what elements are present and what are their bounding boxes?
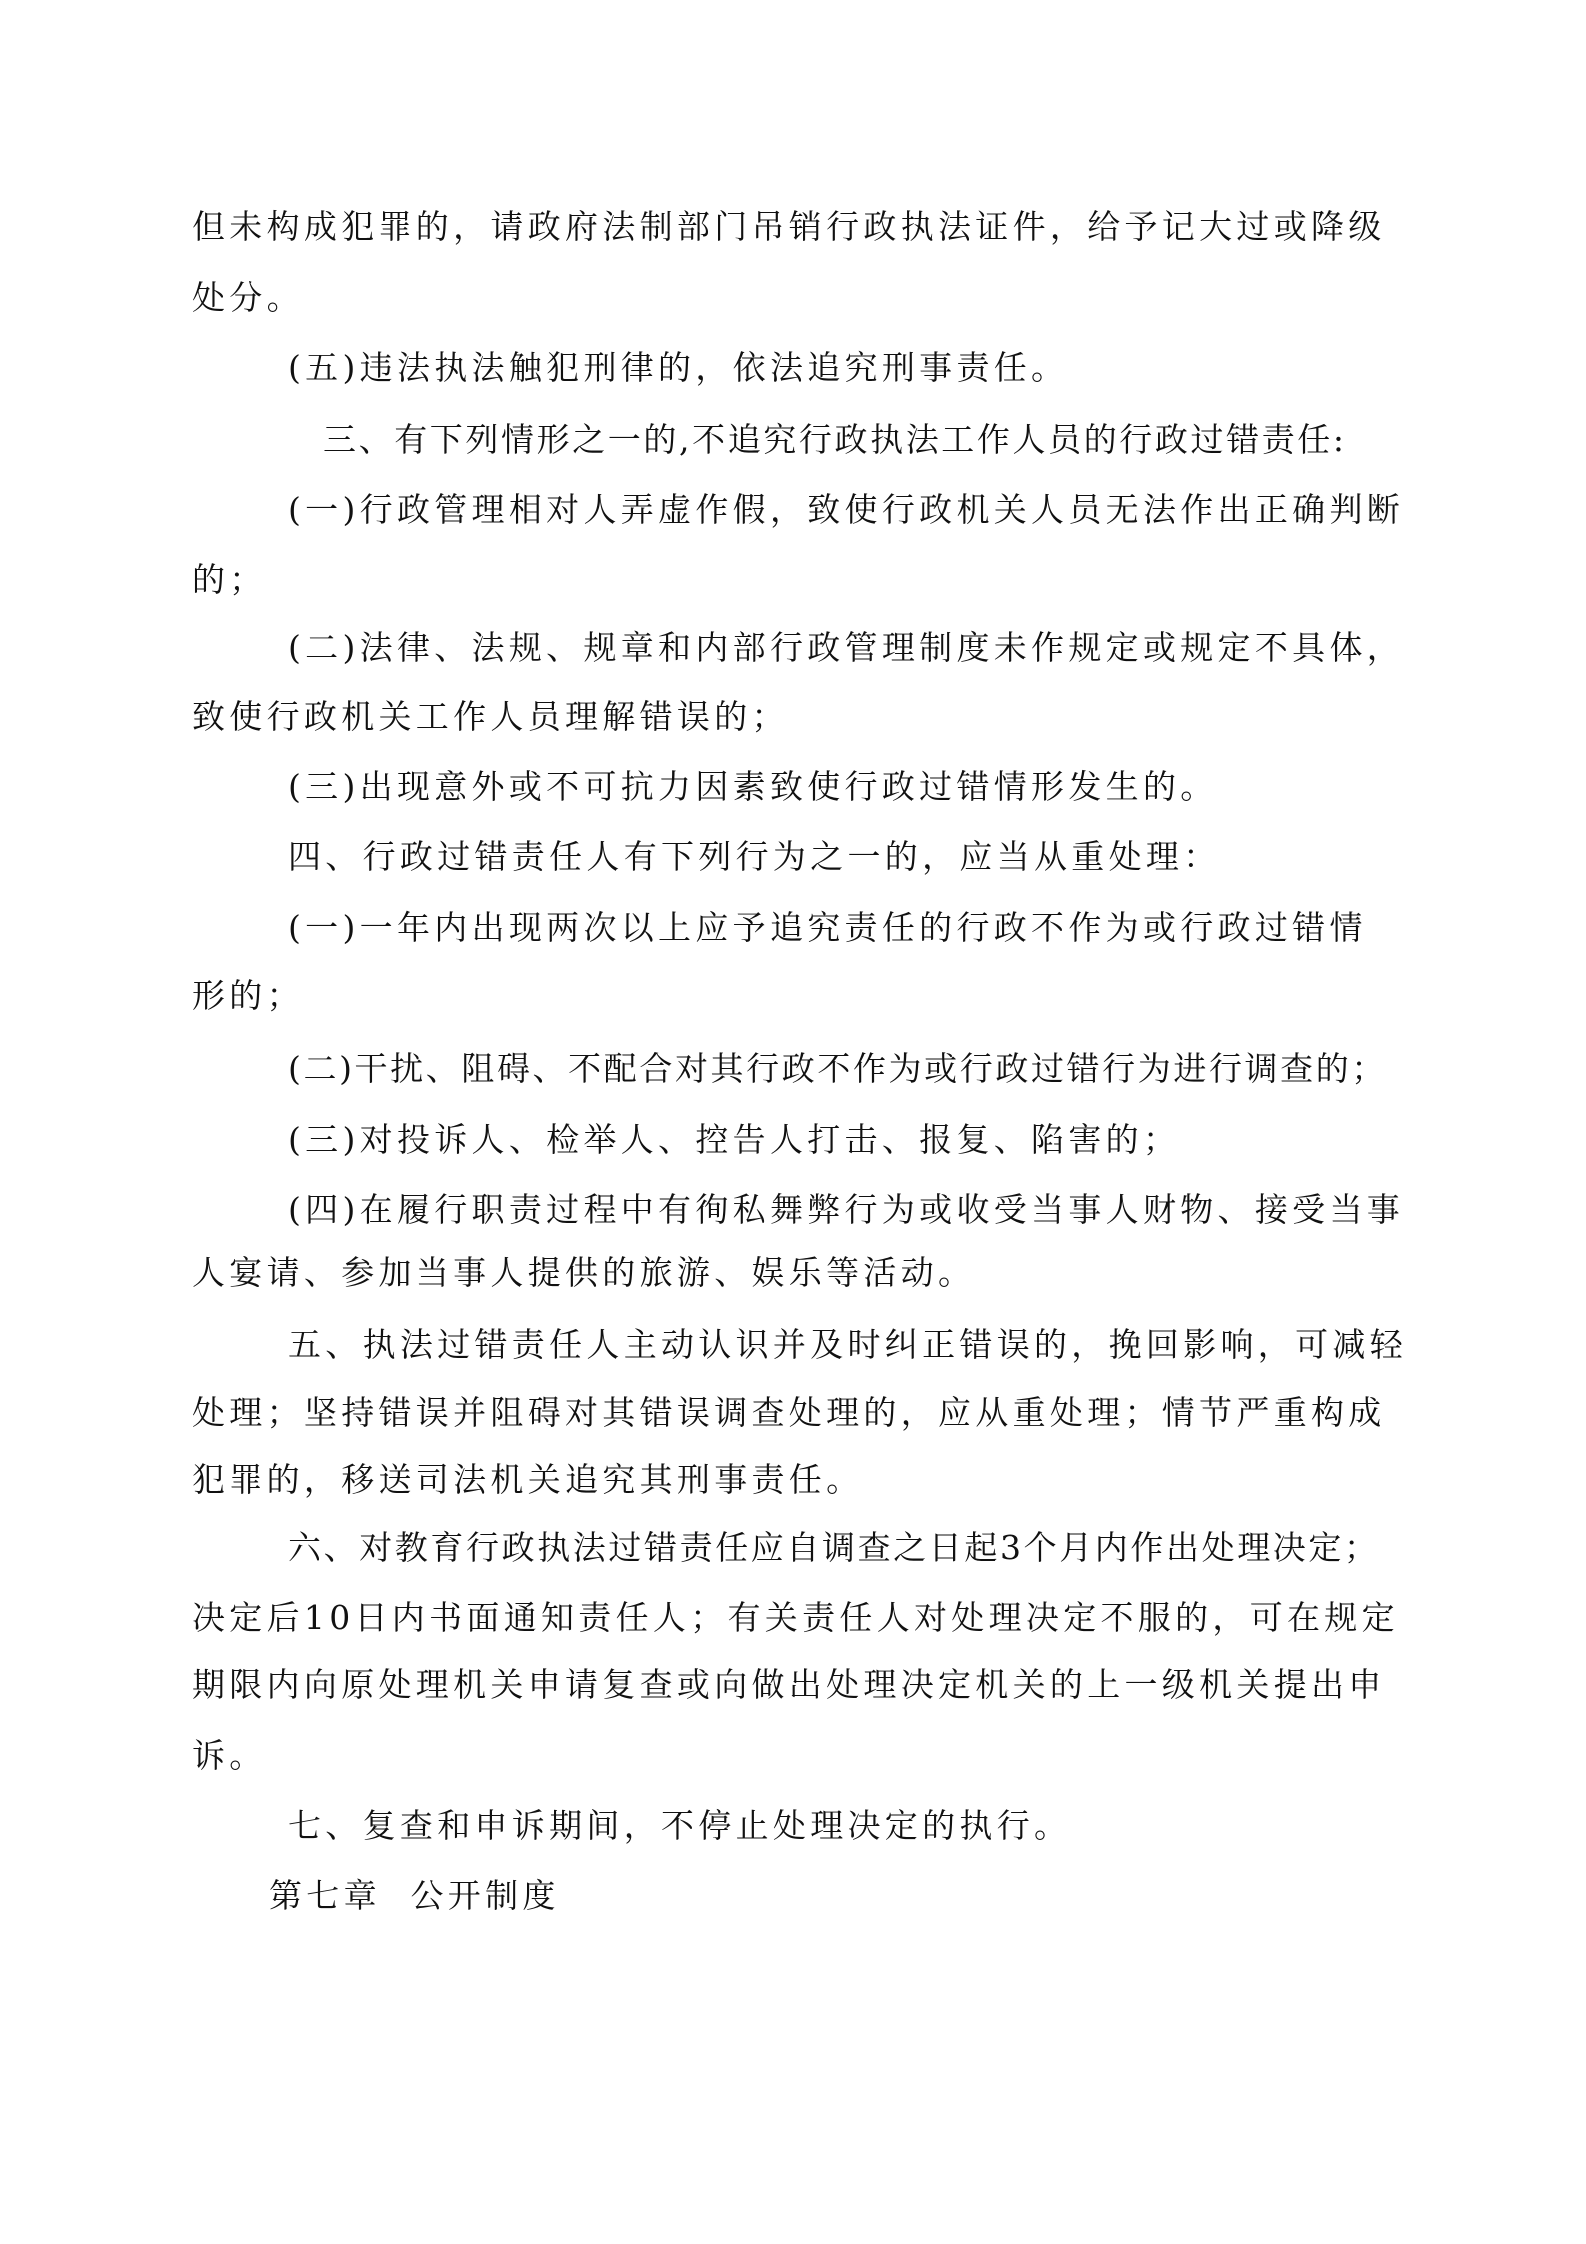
paragraph-line: 处分。 — [192, 278, 304, 318]
paragraph-line: (三)对投诉人、检举人、控告人打击、报复、陷害的； — [288, 1120, 1180, 1160]
chapter-title: 第七章 公开制度 — [269, 1876, 560, 1916]
paragraph-line: 处理；坚持错误并阻碍对其错误调查处理的，应从重处理；情节严重构成 — [192, 1393, 1386, 1433]
paragraph-line: 决定后10日内书面通知责任人；有关责任人对处理决定不服的，可在规定 — [192, 1598, 1399, 1638]
section-heading-7: 七、复查和申诉期间，不停止处理决定的执行。 — [288, 1806, 1071, 1846]
paragraph-line: (一)一年内出现两次以上应予追究责任的行政不作为或行政过错情 — [288, 908, 1367, 948]
paragraph-line: 诉。 — [192, 1736, 267, 1776]
document-page: 但未构成犯罪的，请政府法制部门吊销行政执法证件，给予记大过或降级 处分。 (五)… — [0, 0, 1586, 2244]
paragraph-line: 的； — [192, 560, 267, 600]
section-heading-5: 五、执法过错责任人主动认识并及时纠正错误的，挽回影响，可减轻 — [288, 1325, 1407, 1365]
paragraph-line: (五)违法执法触犯刑律的，依法追究刑事责任。 — [288, 348, 1068, 388]
paragraph-line: 人宴请、参加当事人提供的旅游、娱乐等活动。 — [192, 1253, 975, 1293]
paragraph-line: (一)行政管理相对人弄虚作假，致使行政机关人员无法作出正确判断 — [288, 490, 1404, 530]
paragraph-line: 期限内向原处理机关申请复查或向做出处理决定机关的上一级机关提出申 — [192, 1665, 1386, 1705]
paragraph-line: (二)干扰、阻碍、不配合对其行政不作为或行政过错行为进行调查的； — [288, 1049, 1387, 1089]
paragraph-line: 致使行政机关工作人员理解错误的； — [192, 697, 789, 737]
section-heading-4: 四、行政过错责任人有下列行为之一的，应当从重处理： — [288, 837, 1221, 877]
paragraph-line: (三)出现意外或不可抗力因素致使行政过错情形发生的。 — [288, 767, 1218, 807]
paragraph-line: (四)在履行职责过程中有徇私舞弊行为或收受当事人财物、接受当事 — [288, 1190, 1404, 1230]
section-heading-3: 三、有下列情形之一的,不追究行政执法工作人员的行政过错责任: — [323, 420, 1347, 460]
section-heading-6: 六、对教育行政执法过错责任应自调查之日起3个月内作出处理决定； — [288, 1528, 1380, 1568]
paragraph-line: 犯罪的，移送司法机关追究其刑事责任。 — [192, 1460, 863, 1500]
paragraph-line: 但未构成犯罪的，请政府法制部门吊销行政执法证件，给予记大过或降级 — [192, 207, 1386, 247]
paragraph-line: (二)法律、法规、规章和内部行政管理制度未作规定或规定不具体， — [288, 628, 1404, 668]
paragraph-line: 形的； — [192, 976, 304, 1016]
